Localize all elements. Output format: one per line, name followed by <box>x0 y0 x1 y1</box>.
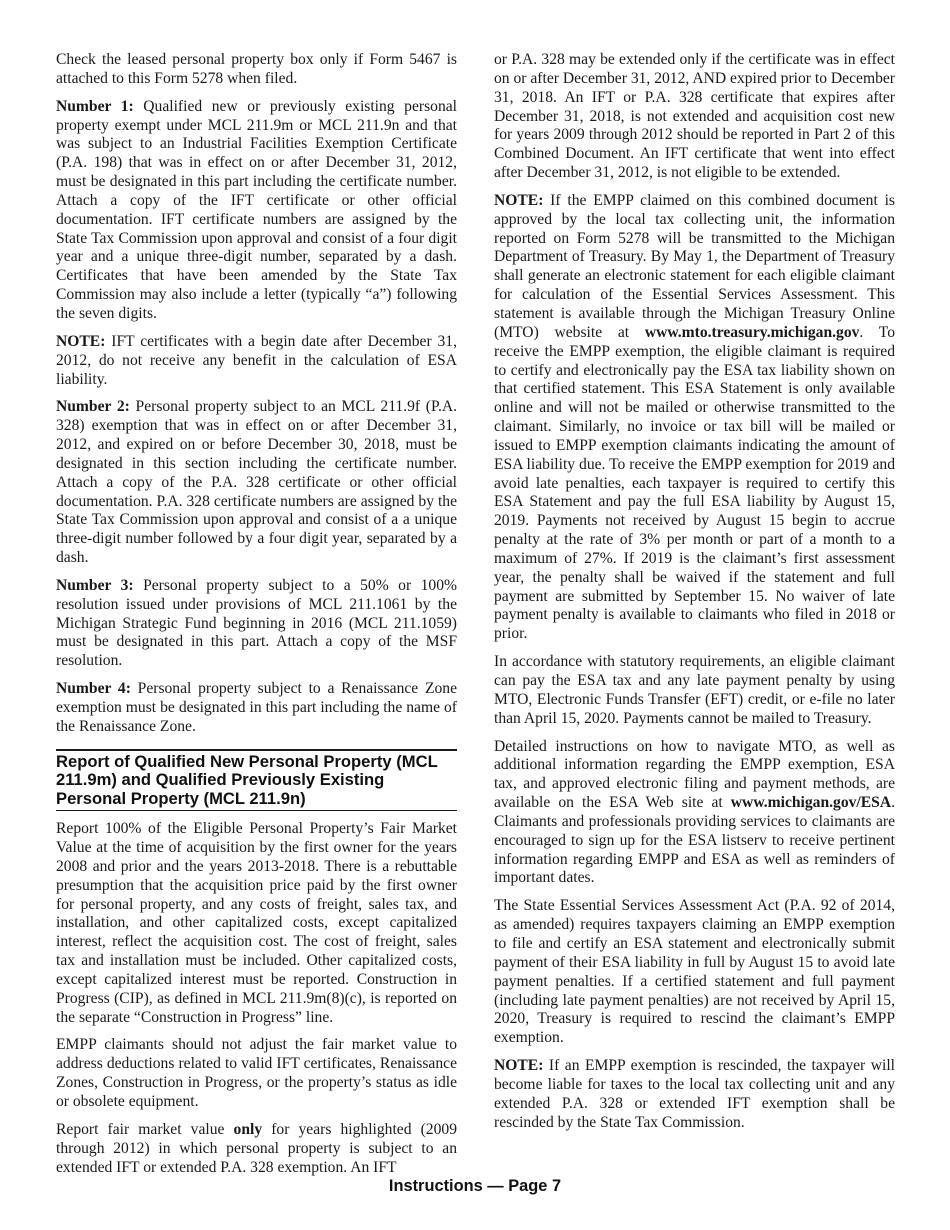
text-span: If an EMPP exemption is rescinded, the t… <box>494 1057 895 1131</box>
section-heading: Report of Qualified New Personal Propert… <box>56 749 457 812</box>
number-2-label: Number 2: <box>56 398 130 415</box>
note-label: NOTE: <box>56 333 105 350</box>
page-footer: Instructions — Page 7 <box>0 1177 950 1196</box>
text-span: . To receive the EMPP exemption, the eli… <box>494 324 895 643</box>
leased-property-paragraph: Check the leased personal property box o… <box>56 51 457 89</box>
note-label: NOTE: <box>494 1057 543 1074</box>
number-3-label: Number 3: <box>56 577 134 594</box>
right-column: or P.A. 328 may be extended only if the … <box>494 51 895 1141</box>
report-only-paragraph: Report fair market value only for years … <box>56 1121 457 1178</box>
number-2-paragraph: Number 2: Personal property subject to a… <box>56 398 457 568</box>
text-span: Report fair market value <box>56 1121 234 1138</box>
number-1-text: Qualified new or previously existing per… <box>56 98 457 322</box>
empp-claimants-paragraph: EMPP claimants should not adjust the fai… <box>56 1036 457 1111</box>
note-rescind-paragraph: NOTE: If an EMPP exemption is rescinded,… <box>494 1057 895 1132</box>
number-4-paragraph: Number 4: Personal property subject to a… <box>56 680 457 737</box>
esa-act-paragraph: The State Essential Services Assessment … <box>494 897 895 1048</box>
number-1-label: Number 1: <box>56 98 134 115</box>
note-ift-paragraph: NOTE: IFT certificates with a begin date… <box>56 333 457 390</box>
esa-website-link[interactable]: www.michigan.gov/ESA <box>731 794 891 811</box>
text-span: If the EMPP claimed on this combined doc… <box>494 192 895 341</box>
mto-website-link[interactable]: www.mto.treasury.michigan.gov <box>645 324 860 341</box>
note-label: NOTE: <box>494 192 543 209</box>
report-fmv-paragraph: Report 100% of the Eligible Personal Pro… <box>56 820 457 1027</box>
note-mto-paragraph: NOTE: If the EMPP claimed on this combin… <box>494 192 895 644</box>
number-3-paragraph: Number 3: Personal property subject to a… <box>56 577 457 671</box>
extension-paragraph: or P.A. 328 may be extended only if the … <box>494 51 895 183</box>
detailed-instructions-paragraph: Detailed instructions on how to navigate… <box>494 738 895 889</box>
number-4-label: Number 4: <box>56 680 131 697</box>
emphasis-only: only <box>234 1121 263 1138</box>
note-text: IFT certificates with a begin date after… <box>56 333 457 388</box>
document-page: Check the leased personal property box o… <box>0 0 950 1230</box>
accordance-paragraph: In accordance with statutory requirement… <box>494 653 895 728</box>
left-column: Check the leased personal property box o… <box>56 51 457 1186</box>
number-1-paragraph: Number 1: Qualified new or previously ex… <box>56 98 457 324</box>
number-2-text: Personal property subject to an MCL 211.… <box>56 398 457 566</box>
